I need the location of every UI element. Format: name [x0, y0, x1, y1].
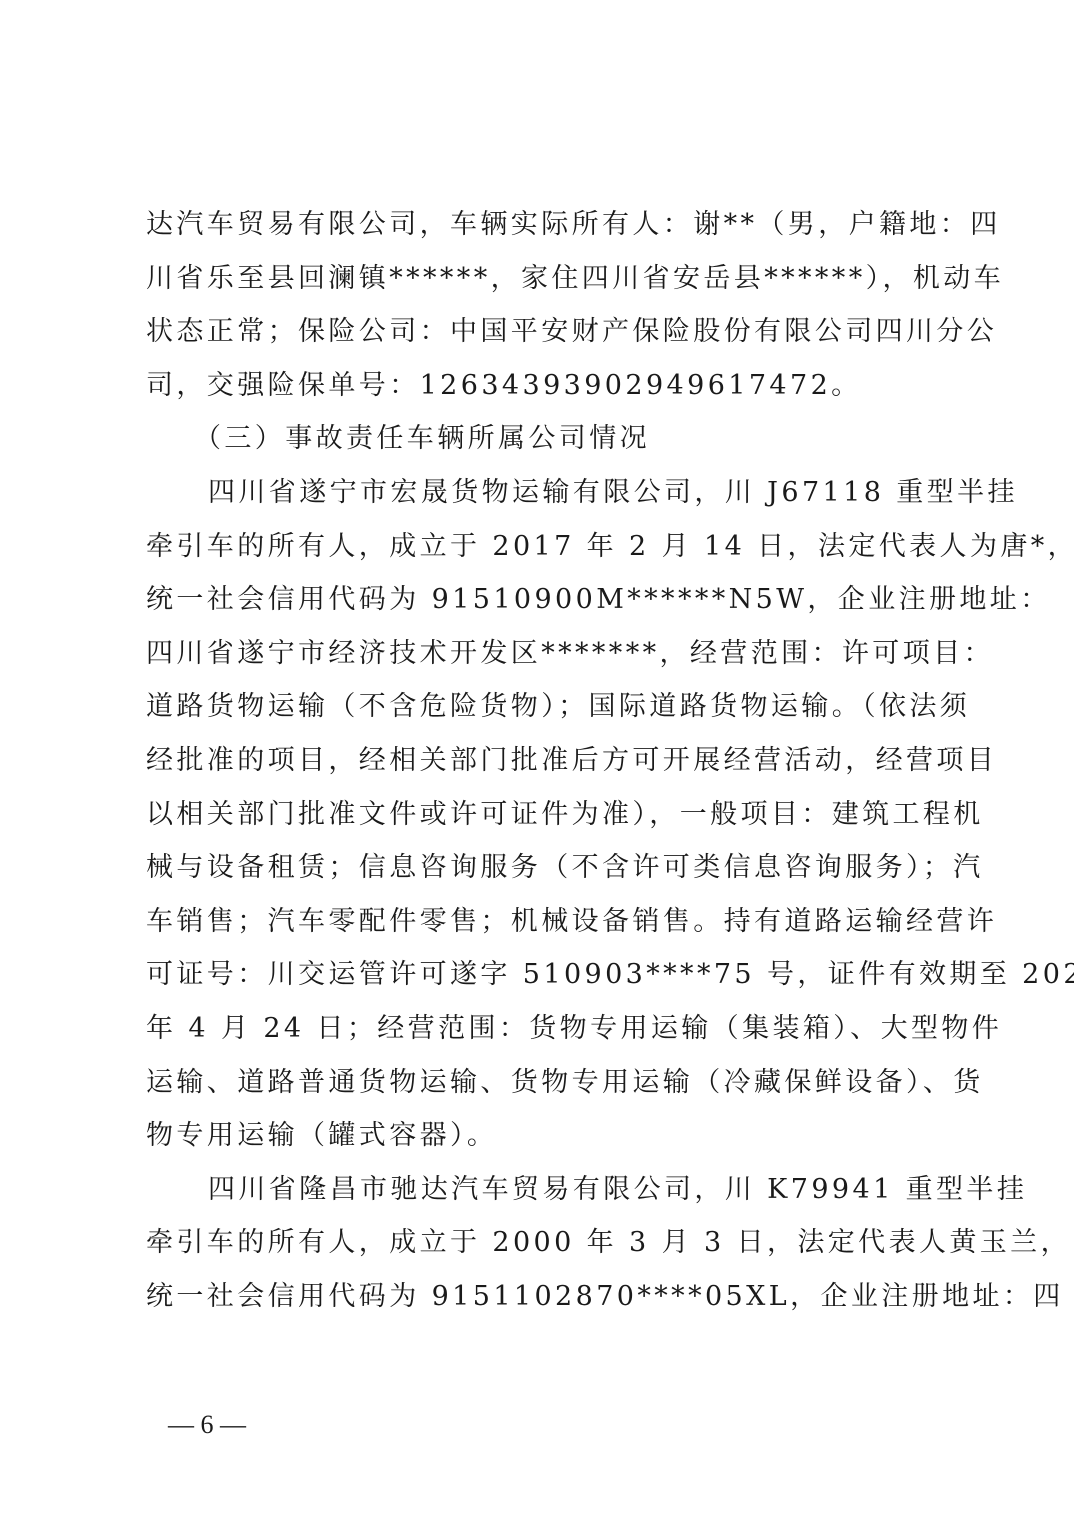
text-line: 四川省遂宁市经济技术开发区*******，经营范围：许可项目：: [146, 633, 942, 687]
text-line: 牵引车的所有人，成立于 2017 年 2 月 14 日，法定代表人为唐*，: [146, 526, 942, 580]
text-line: 运输、道路普通货物运输、货物专用运输（冷藏保鲜设备）、货: [146, 1062, 942, 1116]
document-page: 达汽车贸易有限公司，车辆实际所有人：谢**（男，户籍地：四 川省乐至县回澜镇**…: [146, 204, 942, 1329]
text-line: 械与设备租赁；信息咨询服务（不含许可类信息咨询服务）；汽: [146, 847, 942, 901]
text-line: 状态正常；保险公司：中国平安财产保险股份有限公司四川分公: [146, 311, 942, 365]
text-line: 车销售；汽车零配件零售；机械设备销售。持有道路运输经营许: [146, 901, 942, 955]
text-line: 以相关部门批准文件或许可证件为准），一般项目：建筑工程机: [146, 794, 942, 848]
text-line: 四川省遂宁市宏晟货物运输有限公司，川 J67118 重型半挂: [146, 472, 942, 526]
text-line: 可证号：川交运管许可遂字 510903****75 号，证件有效期至 2028: [146, 954, 942, 1008]
text-line: 四川省隆昌市驰达汽车贸易有限公司，川 K79941 重型半挂: [146, 1169, 942, 1223]
text-line: 川省乐至县回澜镇******，家住四川省安岳县******），机动车: [146, 258, 942, 312]
text-line: 统一社会信用代码为 9151102870****05XL，企业注册地址：四: [146, 1276, 942, 1330]
section-heading: （三）事故责任车辆所属公司情况: [146, 418, 942, 472]
text-line-policy: 司，交强险保单号：12634393902949617472。: [146, 365, 942, 419]
text-line: 物专用运输（罐式容器）。: [146, 1115, 942, 1169]
text-line: 经批准的项目，经相关部门批准后方可开展经营活动，经营项目: [146, 740, 942, 794]
text-line: 道路货物运输（不含危险货物）；国际道路货物运输。（依法须: [146, 686, 942, 740]
text-line: 统一社会信用代码为 91510900M******N5W，企业注册地址：: [146, 579, 942, 633]
text-line: 达汽车贸易有限公司，车辆实际所有人：谢**（男，户籍地：四: [146, 204, 942, 258]
text-line: 牵引车的所有人，成立于 2000 年 3 月 3 日，法定代表人黄玉兰，: [146, 1222, 942, 1276]
text-line: 年 4 月 24 日；经营范围：货物专用运输（集装箱）、大型物件: [146, 1008, 942, 1062]
page-number: — 6 —: [168, 1410, 246, 1440]
